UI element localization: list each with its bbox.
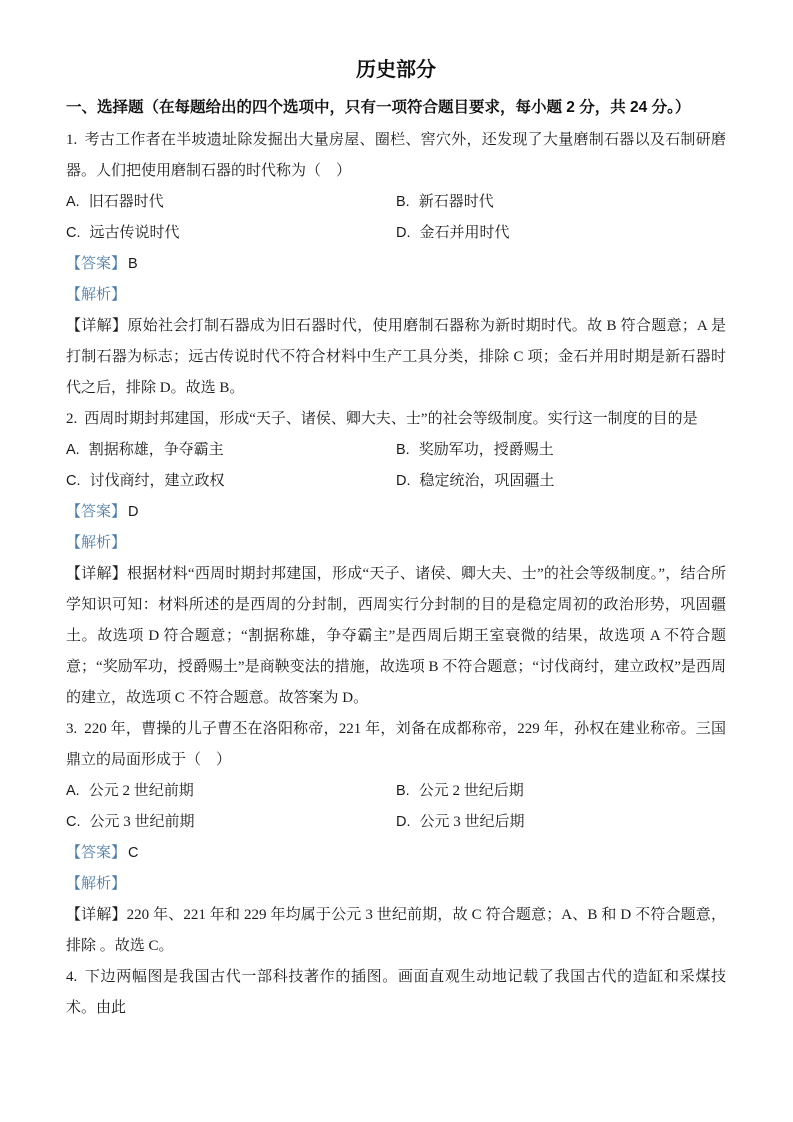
question-4: 4.下边两幅图是我国古代一部科技著作的插图。画面直观生动地记载了我国古代的造缸和…: [66, 962, 726, 1024]
option-a: A.割据称雄，争夺霸主: [66, 435, 396, 466]
option-b-text: 奖励军功，授爵赐土: [419, 442, 554, 458]
explanation-text: 原始社会打制石器成为旧石器时代，使用磨制石器称为新时期时代。故 B 符合题意；A…: [66, 318, 726, 396]
option-d-text: 稳定统治，巩固疆土: [420, 473, 555, 489]
option-c-text: 讨伐商纣，建立政权: [90, 473, 225, 489]
option-b-key: B.: [396, 776, 410, 807]
option-d-key: D.: [396, 466, 411, 497]
option-a-text: 公元 2 世纪前期: [89, 783, 194, 799]
question-4-stem: 4.下边两幅图是我国古代一部科技著作的插图。画面直观生动地记载了我国古代的造缸和…: [66, 962, 726, 1024]
option-d-key: D.: [396, 807, 411, 838]
option-a-text: 旧石器时代: [89, 194, 164, 210]
question-2-answer-line: 【答案】D: [66, 497, 726, 528]
question-1-options: A.旧石器时代 B.新石器时代 C.远古传说时代 D.金石并用时代: [66, 187, 726, 249]
answer-value: B: [128, 256, 138, 272]
question-1-analysis-line: 【解析】: [66, 280, 726, 311]
question-3: 3.220 年，曹操的儿子曹丕在洛阳称帝，221 年，刘备在成都称帝，229 年…: [66, 714, 726, 962]
explanation-text: 220 年、221 年和 229 年均属于公元 3 世纪前期，故 C 符合题意；…: [66, 907, 726, 954]
option-b: B.奖励军功，授爵赐土: [396, 435, 726, 466]
question-1: 1.考古工作者在半坡遗址除发掘出大量房屋、圈栏、窖穴外，还发现了大量磨制石器以及…: [66, 125, 726, 404]
question-3-options: A.公元 2 世纪前期 B.公元 2 世纪后期 C.公元 3 世纪前期 D.公元…: [66, 776, 726, 838]
option-a-text: 割据称雄，争夺霸主: [89, 442, 224, 458]
option-d: D.金石并用时代: [396, 218, 726, 249]
option-d-text: 金石并用时代: [420, 225, 510, 241]
option-c-text: 远古传说时代: [90, 225, 180, 241]
question-2-stem: 2.西周时期封邦建国，形成“天子、诸侯、卿大夫、士”的社会等级制度。实行这一制度…: [66, 404, 726, 435]
question-3-analysis-line: 【解析】: [66, 869, 726, 900]
option-c-key: C.: [66, 807, 81, 838]
detail-label: 【详解】: [66, 907, 127, 923]
exam-page: 历史部分 一、选择题（在每题给出的四个选项中，只有一项符合题目要求，每小题 2 …: [0, 0, 793, 1122]
option-c: C.公元 3 世纪前期: [66, 807, 396, 838]
question-2-options: A.割据称雄，争夺霸主 B.奖励军功，授爵赐土 C.讨伐商纣，建立政权 D.稳定…: [66, 435, 726, 497]
option-b-key: B.: [396, 435, 410, 466]
question-3-text: 220 年，曹操的儿子曹丕在洛阳称帝，221 年，刘备在成都称帝，229 年，孙…: [66, 721, 726, 768]
question-1-number: 1.: [66, 132, 77, 148]
option-c: C.远古传说时代: [66, 218, 396, 249]
question-1-stem: 1.考古工作者在半坡遗址除发掘出大量房屋、圈栏、窖穴外，还发现了大量磨制石器以及…: [66, 125, 726, 187]
question-4-number: 4.: [66, 969, 77, 985]
answer-label: 【答案】: [66, 504, 126, 520]
question-1-answer-line: 【答案】B: [66, 249, 726, 280]
option-a-key: A.: [66, 776, 80, 807]
analysis-label: 【解析】: [66, 876, 126, 892]
question-2-text: 西周时期封邦建国，形成“天子、诸侯、卿大夫、士”的社会等级制度。实行这一制度的目…: [84, 411, 697, 427]
question-2-number: 2.: [66, 411, 77, 427]
detail-label: 【详解】: [66, 566, 127, 582]
option-a-key: A.: [66, 435, 80, 466]
option-b-text: 新石器时代: [419, 194, 494, 210]
option-a: A.旧石器时代: [66, 187, 396, 218]
option-d: D.稳定统治，巩固疆土: [396, 466, 726, 497]
option-b-text: 公元 2 世纪后期: [419, 783, 524, 799]
question-3-explanation: 【详解】220 年、221 年和 229 年均属于公元 3 世纪前期，故 C 符…: [66, 900, 726, 962]
page-title: 历史部分: [66, 55, 726, 86]
question-1-explanation: 【详解】原始社会打制石器成为旧石器时代，使用磨制石器称为新时期时代。故 B 符合…: [66, 311, 726, 404]
option-d: D.公元 3 世纪后期: [396, 807, 726, 838]
option-d-text: 公元 3 世纪后期: [420, 814, 525, 830]
answer-value: C: [128, 845, 138, 861]
option-b: B.新石器时代: [396, 187, 726, 218]
section-heading: 一、选择题（在每题给出的四个选项中，只有一项符合题目要求，每小题 2 分，共 2…: [66, 92, 726, 123]
option-a-key: A.: [66, 187, 80, 218]
explanation-text: 根据材料“西周时期封邦建国，形成“天子、诸侯、卿大夫、士”的社会等级制度。”，结…: [66, 566, 726, 706]
detail-label: 【详解】: [66, 318, 127, 334]
option-d-key: D.: [396, 218, 411, 249]
question-2: 2.西周时期封邦建国，形成“天子、诸侯、卿大夫、士”的社会等级制度。实行这一制度…: [66, 404, 726, 714]
question-1-text: 考古工作者在半坡遗址除发掘出大量房屋、圈栏、窖穴外，还发现了大量磨制石器以及石制…: [66, 132, 726, 179]
option-b: B.公元 2 世纪后期: [396, 776, 726, 807]
question-4-text: 下边两幅图是我国古代一部科技著作的插图。画面直观生动地记载了我国古代的造缸和采煤…: [66, 969, 726, 1016]
option-c-text: 公元 3 世纪前期: [90, 814, 195, 830]
question-3-stem: 3.220 年，曹操的儿子曹丕在洛阳称帝，221 年，刘备在成都称帝，229 年…: [66, 714, 726, 776]
option-a: A.公元 2 世纪前期: [66, 776, 396, 807]
question-2-explanation: 【详解】根据材料“西周时期封邦建国，形成“天子、诸侯、卿大夫、士”的社会等级制度…: [66, 559, 726, 714]
option-b-key: B.: [396, 187, 410, 218]
option-c-key: C.: [66, 218, 81, 249]
question-3-number: 3.: [66, 721, 77, 737]
analysis-label: 【解析】: [66, 287, 126, 303]
question-3-answer-line: 【答案】C: [66, 838, 726, 869]
answer-label: 【答案】: [66, 845, 126, 861]
option-c-key: C.: [66, 466, 81, 497]
answer-value: D: [128, 504, 138, 520]
answer-label: 【答案】: [66, 256, 126, 272]
question-2-analysis-line: 【解析】: [66, 528, 726, 559]
analysis-label: 【解析】: [66, 535, 126, 551]
option-c: C.讨伐商纣，建立政权: [66, 466, 396, 497]
